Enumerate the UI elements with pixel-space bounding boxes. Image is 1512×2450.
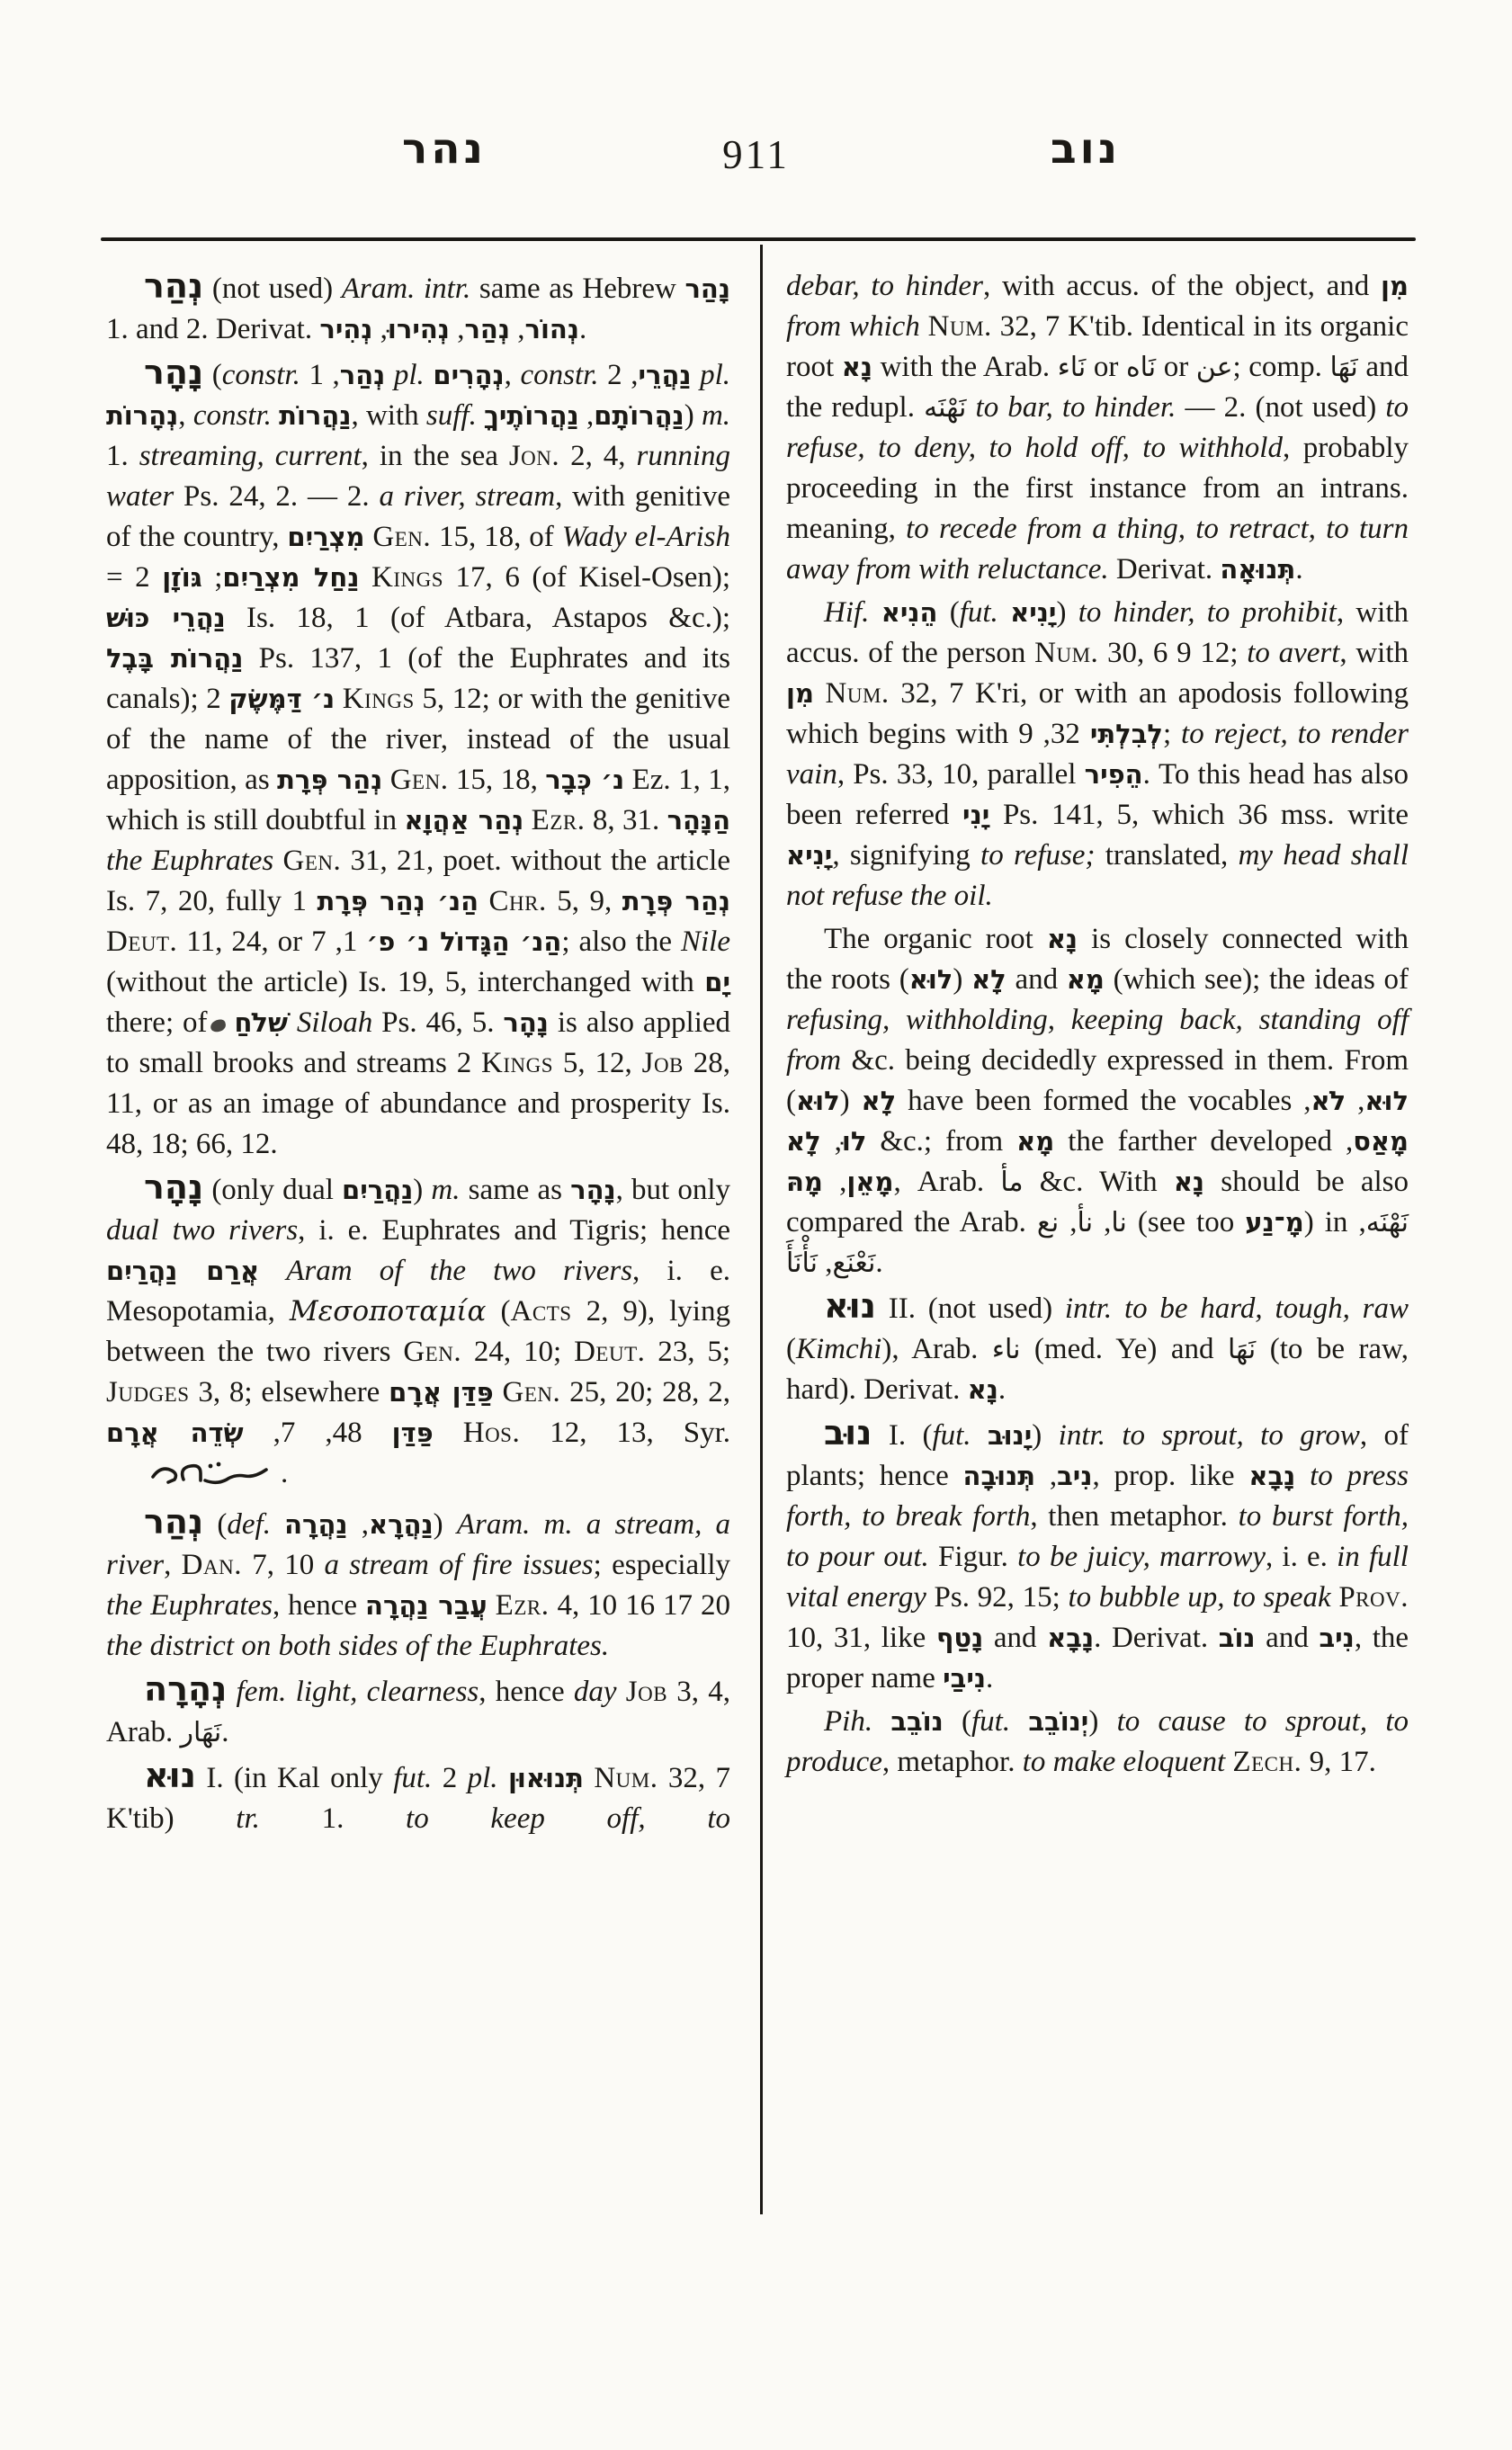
body-text: ) bbox=[1056, 596, 1078, 629]
body-text: ( bbox=[786, 1333, 796, 1365]
italic-text: from which bbox=[786, 310, 920, 343]
body-text: . bbox=[281, 1457, 288, 1489]
italic-text: to bubble up, to speak bbox=[1068, 1581, 1330, 1614]
italic-text: the Euphrates bbox=[106, 1589, 273, 1622]
hebrew-text: נָא bbox=[968, 1374, 998, 1405]
body-text bbox=[498, 1762, 508, 1794]
body-text: , bbox=[450, 313, 465, 345]
italic-text: constr. bbox=[193, 399, 272, 432]
body-text: II. (not used) bbox=[876, 1292, 1065, 1325]
body-text: (not used) bbox=[203, 273, 342, 305]
body-text: there; of bbox=[106, 1006, 208, 1039]
hebrew-lemma: נְהָרָה bbox=[144, 1669, 227, 1709]
hebrew-text: שְׂדֵה אֲרָם bbox=[106, 1417, 244, 1448]
hebrew-text: הַנָּהָר bbox=[667, 805, 730, 836]
ink-smudge bbox=[209, 1018, 226, 1033]
italic-text: fem. light, clearness bbox=[237, 1676, 479, 1708]
body-text: , in the sea bbox=[362, 440, 509, 472]
italic-text: Hif. bbox=[824, 596, 869, 629]
column-divider-rule bbox=[760, 245, 763, 2214]
body-text: ) bbox=[684, 399, 702, 432]
hebrew-text: נִיבַי bbox=[943, 1663, 986, 1694]
body-text: , bbox=[1035, 1460, 1057, 1492]
hebrew-text: הַנ׳ הַגָּדוֹל נ׳ פ׳ bbox=[366, 926, 561, 957]
body-text bbox=[814, 677, 826, 710]
body-text: , bbox=[164, 1549, 182, 1581]
body-text: , metaphor. bbox=[882, 1746, 1023, 1778]
italic-text: Nile bbox=[681, 925, 730, 958]
hebrew-text: מִן bbox=[1381, 271, 1409, 301]
italic-text: constr. bbox=[222, 359, 300, 391]
greek-text: Μεσοποταμία bbox=[290, 1295, 487, 1328]
body-text: 24, 10; bbox=[461, 1336, 574, 1368]
body-text: and bbox=[983, 1622, 1047, 1654]
body-text: (without the article) Is. 19, 5, interch… bbox=[106, 966, 704, 998]
italic-text: fut. bbox=[960, 596, 998, 629]
body-text: (only dual bbox=[203, 1174, 342, 1206]
arabic-text: نَاه bbox=[1126, 352, 1156, 383]
hebrew-text: מָהּ bbox=[786, 1167, 823, 1197]
right-column: debar, to hinder, with accus. of the obj… bbox=[786, 266, 1409, 1785]
body-text: 48, 7, bbox=[244, 1417, 392, 1449]
hebrew-text: יָנִי bbox=[962, 800, 989, 830]
reference-text: Gen. bbox=[503, 1376, 561, 1408]
italic-text: to refuse; bbox=[980, 839, 1095, 872]
body-text: ( bbox=[203, 359, 222, 391]
body-text: or bbox=[1086, 351, 1126, 383]
body-text: Derivat. bbox=[1109, 553, 1221, 586]
reference-text: Deut. bbox=[106, 925, 177, 958]
body-text bbox=[599, 359, 608, 391]
body-text: , bbox=[1059, 1206, 1077, 1238]
italic-text: tr. bbox=[236, 1802, 260, 1835]
running-head-right-keyword: נוב bbox=[1051, 124, 1121, 174]
body-text: same as bbox=[461, 1174, 571, 1206]
dictionary-paragraph: נְהָרָה fem. light, clearness, hence day… bbox=[106, 1669, 730, 1753]
hebrew-text: מָא bbox=[1067, 964, 1105, 995]
body-text bbox=[300, 359, 309, 391]
hebrew-text: נָבָא bbox=[1248, 1461, 1295, 1491]
hebrew-text: נָהַר bbox=[684, 273, 730, 304]
body-text: , bbox=[505, 359, 521, 391]
body-text: Ps. 141, 5, which 36 mss. write bbox=[989, 799, 1409, 831]
body-text: 9, 17. bbox=[1302, 1746, 1376, 1778]
italic-text: to bar, to hinder. bbox=[976, 391, 1176, 424]
hebrew-text: נְהַר פְּרָת bbox=[622, 886, 730, 917]
body-text: , hence bbox=[273, 1589, 365, 1622]
body-text: , bbox=[818, 1247, 833, 1279]
reference-text: Ezr. bbox=[532, 804, 586, 836]
hebrew-text: מָא bbox=[1016, 1126, 1054, 1157]
italic-text: Pih. bbox=[824, 1705, 872, 1738]
reference-text: Chr. bbox=[489, 885, 547, 917]
body-text: , bbox=[1303, 1085, 1311, 1117]
hebrew-text: יָנוּב bbox=[988, 1420, 1032, 1451]
reference-text: Zech. bbox=[1232, 1746, 1302, 1778]
reference-text: Gen. bbox=[390, 764, 449, 796]
hebrew-lemma: נָהָר bbox=[144, 353, 203, 392]
hebrew-text: נָבָא bbox=[1047, 1623, 1094, 1653]
dictionary-paragraph: נוּא I. (in Kal only fut. 2 pl. תְּנוּאו… bbox=[106, 1756, 730, 1839]
reference-text: Num. bbox=[826, 677, 890, 710]
arabic-text: مأ bbox=[1000, 1167, 1023, 1198]
hebrew-text: לוּא bbox=[1364, 1086, 1409, 1116]
body-text bbox=[382, 764, 389, 796]
dictionary-paragraph: נָהָר (constr. נְהַר, 1 pl. נְהָרִים, co… bbox=[106, 353, 730, 1165]
hebrew-text: נ׳ דַּמֶּשֶׂק bbox=[228, 684, 335, 714]
body-text: . bbox=[1295, 553, 1302, 586]
italic-text: Kimchi bbox=[796, 1333, 881, 1365]
body-text: same as Hebrew bbox=[470, 273, 684, 305]
hebrew-text: נַהֲרָה bbox=[284, 1509, 347, 1540]
body-text: , i. e. bbox=[1266, 1541, 1337, 1573]
lexicon-page: נהר 911 נוב נְהַר (not used) Aram. intr.… bbox=[0, 0, 1512, 2450]
hebrew-text: נַהֲרָא bbox=[369, 1509, 434, 1540]
hebrew-text: פַּדַּן אֲרָם bbox=[389, 1377, 494, 1408]
body-text: Is. 18, 1 (of Atbara, Astapos &c.); bbox=[226, 602, 730, 634]
body-text: ( bbox=[944, 1705, 971, 1738]
arabic-text: نَهَا bbox=[1228, 1334, 1256, 1365]
hebrew-text: יְנוֹבֵב bbox=[1028, 1706, 1088, 1737]
body-text bbox=[273, 845, 282, 877]
body-text: , signifying bbox=[832, 839, 980, 872]
body-text: ( bbox=[953, 963, 971, 996]
body-text bbox=[259, 1255, 286, 1287]
reference-text: Prov. bbox=[1338, 1581, 1409, 1614]
hebrew-text: תְּנוּאָה bbox=[1220, 554, 1295, 585]
body-text: , bbox=[1093, 1206, 1111, 1238]
italic-text: to keep off, to bbox=[406, 1802, 730, 1835]
hebrew-text: לוּ bbox=[842, 1126, 867, 1157]
italic-text: the Euphrates bbox=[106, 845, 273, 877]
body-text bbox=[1295, 1460, 1310, 1492]
hebrew-lemma: נְהַר bbox=[144, 266, 203, 306]
hebrew-text: נְהוֹר bbox=[524, 314, 578, 344]
hebrew-text: נַהֲרֵי bbox=[638, 360, 691, 390]
body-text: , bbox=[510, 313, 525, 345]
hebrew-text: מָאֵן bbox=[846, 1167, 893, 1197]
page-number: 911 bbox=[0, 131, 1512, 178]
body-text: 12, 13, Syr. bbox=[520, 1417, 730, 1449]
body-text: . bbox=[875, 1247, 882, 1279]
body-text: translated, bbox=[1095, 839, 1238, 872]
body-text bbox=[1010, 1705, 1028, 1738]
arabic-text: عن bbox=[1196, 352, 1233, 383]
body-text: &c. being decidedly expressed in them. F… bbox=[841, 1044, 1409, 1077]
body-text: ( bbox=[486, 1295, 510, 1328]
dictionary-paragraph: נָהָר (only dual נַהֲרַיִם) m. same as נ… bbox=[106, 1167, 730, 1499]
arabic-text: نَعْنَع bbox=[832, 1247, 875, 1279]
hebrew-lemma: נָהָר bbox=[144, 1167, 203, 1207]
body-text: ) bbox=[1032, 1419, 1058, 1452]
hebrew-lemma: נוּב bbox=[824, 1413, 872, 1453]
hebrew-text: לֹא bbox=[1311, 1086, 1346, 1116]
hebrew-text: גּוֹזָן bbox=[162, 562, 201, 593]
hebrew-text: נַהֲרוֹת בָּבֶל bbox=[106, 643, 243, 674]
reference-text: Kings bbox=[481, 1047, 553, 1079]
body-text bbox=[584, 1762, 594, 1794]
hebrew-text: נָהָר bbox=[570, 1175, 616, 1205]
italic-text: Siloah bbox=[297, 1006, 372, 1039]
hebrew-text: נִיב bbox=[1057, 1461, 1092, 1491]
hebrew-text: נוֹבֵב bbox=[890, 1706, 943, 1737]
hebrew-text: מִן bbox=[786, 678, 814, 709]
body-text: , bbox=[579, 399, 595, 432]
italic-text: Wady el-Arish bbox=[562, 521, 730, 553]
body-text: 1. and 2. Derivat. bbox=[106, 313, 319, 345]
reference-text: Jon. bbox=[509, 440, 559, 472]
body-text: &c. With bbox=[1024, 1166, 1174, 1198]
body-text bbox=[272, 399, 279, 432]
reference-text: Job bbox=[626, 1676, 667, 1708]
body-text: , bbox=[821, 1125, 842, 1158]
arabic-text: نَهَار bbox=[180, 1717, 221, 1748]
hebrew-text: לָא bbox=[862, 1086, 897, 1116]
hebrew-text: נְהַר bbox=[340, 360, 386, 390]
hebrew-text: נְהָרִים bbox=[433, 360, 504, 390]
italic-text: to avert bbox=[1247, 637, 1339, 669]
dictionary-paragraph: נְהַר (not used) Aram. intr. same as Heb… bbox=[106, 266, 730, 350]
body-text: . bbox=[221, 1716, 228, 1748]
hebrew-text: לוּא bbox=[796, 1086, 840, 1116]
hebrew-text: נַהֲרוֹתָם bbox=[594, 400, 684, 431]
body-text: ; bbox=[202, 561, 223, 594]
arabic-text: نَهْنَه bbox=[924, 392, 966, 424]
reference-text: Deut. bbox=[574, 1336, 645, 1368]
italic-text: fut. bbox=[932, 1419, 971, 1452]
hebrew-text: נָטַף bbox=[936, 1623, 983, 1653]
body-text: , bbox=[1358, 1206, 1365, 1238]
body-text: , i. e. Euphrates and Tigris; hence bbox=[298, 1214, 730, 1247]
italic-text: debar, to hinder bbox=[786, 270, 983, 302]
italic-text: m. bbox=[702, 399, 730, 432]
body-text: ( bbox=[203, 1508, 227, 1541]
dictionary-paragraph: נְהַר (def. נַהֲרָא, נַהֲרָה) Aram. m. a… bbox=[106, 1502, 730, 1667]
body-text: ), Arab. bbox=[881, 1333, 992, 1365]
hebrew-text: הֵנִיא bbox=[881, 597, 938, 628]
body-text: = bbox=[106, 561, 135, 594]
arabic-text: نَاء bbox=[1058, 352, 1087, 383]
body-text: , with bbox=[1339, 637, 1409, 669]
hebrew-text: לוּא bbox=[909, 964, 953, 995]
body-text bbox=[477, 399, 484, 432]
hebrew-text: עֲבַר נַהֲרָה bbox=[365, 1590, 488, 1621]
italic-text: the district on both sides of the Euphra… bbox=[106, 1630, 609, 1662]
body-text: , bbox=[1346, 1125, 1353, 1158]
reference-text: Job bbox=[642, 1047, 684, 1079]
hebrew-text: פַּדַּן bbox=[392, 1417, 434, 1448]
arabic-text: نَهَا bbox=[1329, 352, 1357, 383]
body-text: 4, 10 16 17 20 bbox=[549, 1589, 730, 1622]
arabic-text: نَهْنَه bbox=[1366, 1207, 1409, 1238]
body-text: I. ( bbox=[872, 1419, 932, 1452]
italic-text: constr. bbox=[520, 359, 598, 391]
body-text bbox=[488, 1589, 496, 1622]
dictionary-paragraph: נוּב I. (fut. יָנוּב) intr. to sprout, t… bbox=[786, 1413, 1409, 1699]
hebrew-text: תְּנוּאוּן bbox=[508, 1763, 584, 1793]
syriac-word bbox=[106, 1457, 281, 1499]
body-text: 30, 6 9 12; bbox=[1098, 637, 1247, 669]
hebrew-text: יָם bbox=[704, 967, 730, 997]
body-text: ( bbox=[937, 596, 959, 629]
body-text: , with bbox=[351, 399, 425, 432]
hebrew-text: נָא bbox=[842, 352, 872, 382]
body-text: 1. bbox=[260, 1802, 406, 1835]
hebrew-text: נַהֲרֵי כּוּשׁ bbox=[106, 603, 226, 633]
hebrew-text: הֵפִיר bbox=[1085, 759, 1143, 790]
hebrew-text: נְהַר bbox=[464, 314, 510, 344]
italic-text: a stream of fire issues bbox=[324, 1549, 593, 1581]
reference-text: Judges bbox=[106, 1376, 190, 1408]
arabic-text: نَأْنَأَ bbox=[786, 1247, 818, 1279]
italic-text: dual two rivers bbox=[106, 1214, 298, 1247]
hebrew-text: נ׳ כְּבָר bbox=[545, 765, 624, 795]
body-text bbox=[869, 596, 881, 629]
reference-text: Gen. bbox=[403, 1336, 461, 1368]
italic-text: fut. bbox=[971, 1705, 1010, 1738]
dictionary-paragraph: The organic root נָא is closely connecte… bbox=[786, 919, 1409, 1283]
italic-text: Aram of the two rivers bbox=[286, 1255, 632, 1287]
body-text: ; especially bbox=[594, 1549, 730, 1581]
body-text: (med. Ye) and bbox=[1020, 1333, 1227, 1365]
body-text: 11, 24, or bbox=[177, 925, 311, 958]
italic-text: to hinder, to prohibit bbox=[1078, 596, 1337, 629]
hebrew-text: נְהִירוּ bbox=[388, 314, 450, 344]
body-text: , Arab. bbox=[893, 1166, 1000, 1198]
hebrew-text: מִצְרַיִם bbox=[287, 522, 364, 552]
body-text: Figur. bbox=[929, 1541, 1017, 1573]
body-text bbox=[872, 1705, 890, 1738]
hebrew-text: נָהָר bbox=[503, 1007, 549, 1038]
arabic-text: نع bbox=[1037, 1207, 1059, 1238]
hebrew-text: נַהֲרוֹתֶיךָ bbox=[484, 400, 579, 431]
body-text: 5, 12, bbox=[553, 1047, 642, 1079]
body-text: 15, 18, of bbox=[431, 521, 562, 553]
body-text: , but only bbox=[616, 1174, 730, 1206]
dictionary-paragraph: נוּא II. (not used) intr. to be hard, to… bbox=[786, 1286, 1409, 1410]
hebrew-text: נְהַר אַהֲוָא bbox=[404, 805, 523, 836]
body-text bbox=[494, 1376, 503, 1408]
reference-text: Acts bbox=[511, 1295, 572, 1328]
italic-text: m. bbox=[431, 1174, 460, 1206]
body-text bbox=[425, 359, 434, 391]
hebrew-text: לָא bbox=[786, 1126, 821, 1157]
body-text bbox=[617, 1676, 626, 1708]
hebrew-lemma: נְהַר bbox=[144, 1502, 203, 1542]
body-text: 2 bbox=[432, 1762, 467, 1794]
body-text bbox=[966, 391, 975, 424]
body-text: , bbox=[823, 1166, 846, 1198]
body-text: The organic root bbox=[824, 923, 1047, 955]
hebrew-text: נָא bbox=[1047, 924, 1078, 954]
italic-text: day bbox=[574, 1676, 617, 1708]
italic-text: to be juicy, marrowy bbox=[1017, 1541, 1266, 1573]
body-text: . Derivat. bbox=[1094, 1622, 1219, 1654]
body-text bbox=[971, 1419, 988, 1452]
body-text bbox=[998, 596, 1010, 629]
hebrew-text: נָא bbox=[1174, 1167, 1204, 1197]
italic-text: pl. bbox=[468, 1762, 498, 1794]
body-text: , hence bbox=[479, 1676, 574, 1708]
body-text: ) bbox=[1088, 1705, 1116, 1738]
body-text: ( bbox=[840, 1085, 862, 1117]
hebrew-lemma: נוּא bbox=[824, 1286, 876, 1326]
left-column: נְהַר (not used) Aram. intr. same as Heb… bbox=[106, 266, 730, 1842]
body-text: ) in bbox=[1304, 1206, 1359, 1238]
body-text: I. (in Kal only bbox=[196, 1762, 393, 1794]
body-text: Ps. 24, 2. — 2. bbox=[174, 480, 379, 513]
reference-text: Kings bbox=[343, 683, 415, 715]
body-text: ) bbox=[413, 1174, 431, 1206]
body-text bbox=[288, 1006, 297, 1039]
dictionary-paragraph: Pih. נוֹבֵב (fut. יְנוֹבֵב) to cause to … bbox=[786, 1702, 1409, 1783]
body-text bbox=[434, 1417, 463, 1449]
body-text: ) bbox=[434, 1508, 457, 1541]
reference-text: Num. bbox=[928, 310, 992, 343]
italic-text: intr. to sprout, to grow bbox=[1059, 1419, 1360, 1452]
italic-text: pl. bbox=[700, 359, 730, 391]
body-text: with the Arab. bbox=[872, 351, 1058, 383]
hebrew-text: מָאַס bbox=[1353, 1126, 1409, 1157]
body-text: 25, 20; 28, 2, bbox=[560, 1376, 730, 1408]
reference-text: Kings bbox=[371, 561, 443, 594]
body-text: 5, 9, bbox=[547, 885, 622, 917]
hebrew-text: נְהִיר bbox=[319, 314, 372, 344]
body-text bbox=[920, 310, 928, 343]
body-text: Ps. 92, 15; bbox=[926, 1581, 1069, 1614]
hebrew-lemma: נוּא bbox=[144, 1756, 196, 1795]
italic-text: suff. bbox=[426, 399, 477, 432]
body-text: . bbox=[579, 313, 586, 345]
body-text: &c.; from bbox=[866, 1125, 1016, 1158]
hebrew-text: שִׁלֹחַ bbox=[234, 1007, 287, 1038]
hebrew-text: לָא bbox=[971, 964, 1007, 995]
hebrew-text: מָ־נַע bbox=[1245, 1207, 1303, 1238]
body-text bbox=[226, 1006, 235, 1039]
hebrew-text: תְּנוּבָה bbox=[963, 1461, 1036, 1491]
hebrew-text: אֲרַם נַהֲרַיִם bbox=[106, 1256, 259, 1286]
dictionary-paragraph: debar, to hinder, with accus. of the obj… bbox=[786, 266, 1409, 590]
reference-text: Dan. bbox=[182, 1549, 242, 1581]
body-text: 1. bbox=[106, 440, 139, 472]
body-text: , bbox=[178, 399, 193, 432]
body-text: — 2. (not used) bbox=[1176, 391, 1385, 424]
arabic-text: ناء bbox=[992, 1334, 1021, 1365]
reference-text: Hos. bbox=[463, 1417, 520, 1449]
body-text: , with accus. of the object, and bbox=[983, 270, 1381, 302]
body-text: , then metaphor. bbox=[1030, 1500, 1238, 1533]
body-text: 23, 5; bbox=[645, 1336, 730, 1368]
body-text: 8, 31. bbox=[585, 804, 667, 836]
body-text: , prop. like bbox=[1092, 1460, 1248, 1492]
italic-text: to make eloquent bbox=[1023, 1746, 1225, 1778]
hebrew-text: נוֹב bbox=[1219, 1623, 1256, 1653]
italic-text: def. bbox=[227, 1508, 271, 1541]
hebrew-text: נְהָרוֹת bbox=[106, 400, 178, 431]
italic-text: streaming, current bbox=[139, 440, 362, 472]
arabic-text: نا bbox=[1111, 1207, 1127, 1238]
body-text: and bbox=[1256, 1622, 1320, 1654]
hebrew-text: נַהֲרוֹת bbox=[279, 400, 351, 431]
dictionary-paragraph: Hif. הֵנִיא (fut. יָנִיא) to hinder, to … bbox=[786, 593, 1409, 917]
body-text: (see too bbox=[1127, 1206, 1245, 1238]
hebrew-text: נַחַל מִצְרַיִם bbox=[222, 562, 359, 593]
body-text: Ps. 46, 5. bbox=[372, 1006, 503, 1039]
hebrew-text: נְהַר פְּרָת bbox=[277, 765, 382, 795]
reference-text: Num. bbox=[1034, 637, 1098, 669]
italic-text: intr. to be hard, tough, raw bbox=[1065, 1292, 1409, 1325]
body-text bbox=[523, 804, 531, 836]
